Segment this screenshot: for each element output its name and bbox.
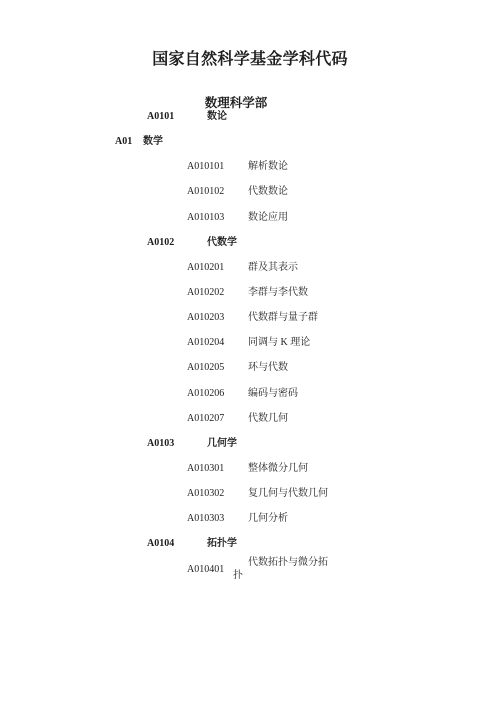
subject-label: 李群与李代数: [233, 286, 333, 299]
subject-label: 代数学: [207, 236, 237, 249]
table-row: A010206 编码与密码: [0, 381, 500, 406]
subject-code: A010203: [187, 312, 233, 323]
subject-label: 数论应用: [233, 211, 333, 224]
subject-code-list: A0101 数论 A01 数学 A010101 解析数论 A010102 代数数…: [0, 104, 500, 582]
table-row: A010202 李群与李代数: [0, 280, 500, 305]
subject-label: 解析数论: [233, 160, 333, 173]
subject-code: A010302: [187, 488, 233, 499]
table-row: A0103 几何学: [0, 431, 500, 456]
subject-label: 代数几何: [233, 412, 333, 425]
subject-code: A010205: [187, 362, 233, 373]
subject-code: A010204: [187, 337, 233, 348]
subject-code: A010301: [187, 463, 233, 474]
subject-label: 几何学: [207, 437, 237, 450]
subject-code: A010201: [187, 262, 233, 273]
subject-code: A0103: [147, 438, 207, 449]
table-row: A010102 代数数论: [0, 179, 500, 204]
subject-code: A010103: [187, 212, 233, 223]
table-row: A010401 代数拓扑与微分拓扑: [0, 557, 500, 582]
table-row: A010103 数论应用: [0, 205, 500, 230]
page-title: 国家自然科学基金学科代码: [0, 46, 500, 69]
table-row: A010201 群及其表示: [0, 255, 500, 280]
subject-label: 数论: [207, 110, 227, 123]
subject-code: A010401: [187, 564, 233, 575]
table-row: A010204 同调与 K 理论: [0, 330, 500, 355]
subject-label: 环与代数: [233, 361, 333, 374]
subject-code: A010101: [187, 161, 233, 172]
subject-code: A0101: [147, 111, 207, 122]
subject-code: A010207: [187, 413, 233, 424]
subject-label: 几何分析: [233, 512, 333, 525]
subject-code: A010206: [187, 388, 233, 399]
subject-code: A010102: [187, 186, 233, 197]
table-row: A010207 代数几何: [0, 406, 500, 431]
table-row: A010203 代数群与量子群: [0, 305, 500, 330]
subject-label: 同调与 K 理论: [233, 336, 333, 349]
subject-label: 数学: [143, 135, 163, 148]
subject-label: 复几何与代数几何: [233, 487, 333, 500]
subject-label: 代数拓扑与微分拓扑: [233, 556, 333, 582]
subject-code: A010202: [187, 287, 233, 298]
subject-code: A0102: [147, 237, 207, 248]
table-row: A010101 解析数论: [0, 154, 500, 179]
table-row: A0102 代数学: [0, 230, 500, 255]
table-row: A010301 整体微分几何: [0, 456, 500, 481]
table-row: A010205 环与代数: [0, 355, 500, 380]
table-row: A010303 几何分析: [0, 506, 500, 531]
subject-code: A0104: [147, 538, 207, 549]
subject-label: 代数数论: [233, 185, 333, 198]
subject-label: 编码与密码: [233, 387, 333, 400]
subject-label: 整体微分几何: [233, 462, 333, 475]
subject-code: A01: [115, 136, 143, 147]
subject-label: 群及其表示: [233, 261, 333, 274]
table-row: A0101 数论: [0, 104, 500, 129]
document-page: 国家自然科学基金学科代码 数理科学部 A0101 数论 A01 数学 A0101…: [0, 0, 500, 707]
subject-label: 代数群与量子群: [233, 311, 333, 324]
table-row: A0104 拓扑学: [0, 531, 500, 556]
table-row: A01 数学: [0, 129, 500, 154]
table-row: A010302 复几何与代数几何: [0, 481, 500, 506]
subject-label: 拓扑学: [207, 537, 237, 550]
subject-code: A010303: [187, 513, 233, 524]
